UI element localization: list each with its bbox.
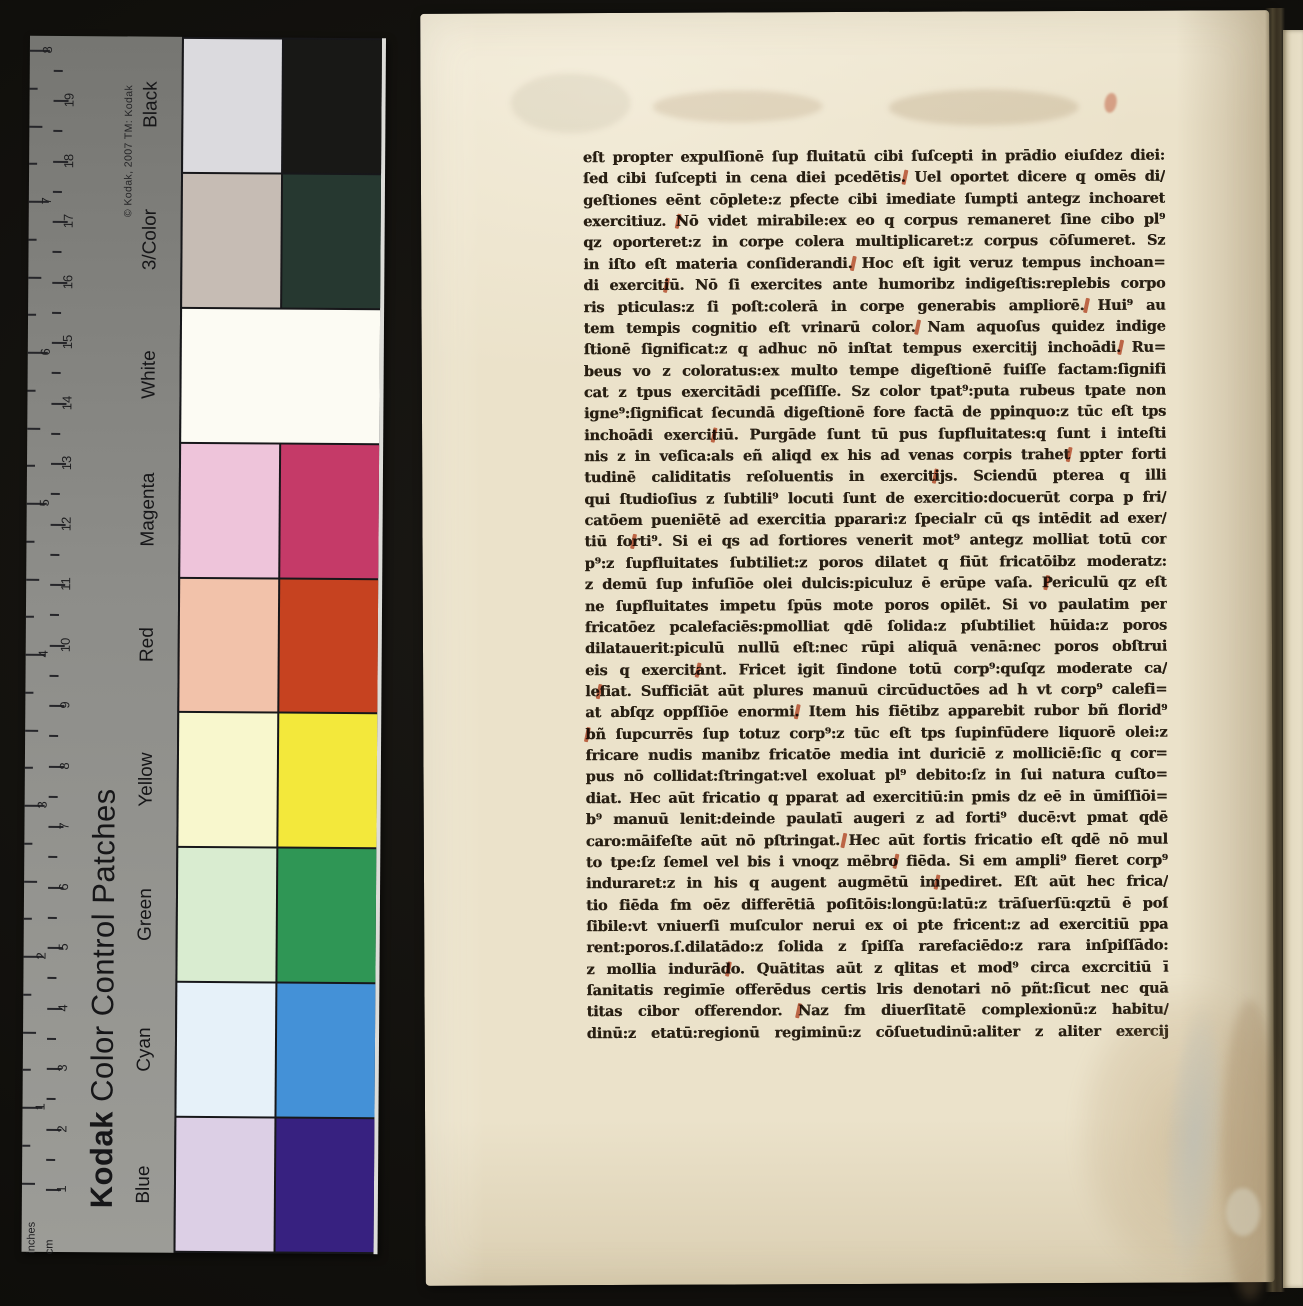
patch-label-blue: Blue	[133, 1130, 156, 1240]
cm-number: 7	[57, 815, 71, 837]
patch-label-white: White	[138, 319, 161, 429]
patch-green-light	[177, 848, 276, 982]
text-line: inchoādi exercitiū. Purgāde ſunt tū pus …	[584, 422, 1166, 446]
adjacent-leaf-edge	[1283, 30, 1303, 1288]
patch-label-yellow: Yellow	[135, 725, 158, 835]
cm-tick	[51, 433, 60, 435]
text-line: to tpe:ſz ſemel vel bis i vnoqz mēbro fi…	[586, 849, 1168, 873]
cm-number: 18	[62, 149, 76, 171]
corner-smudge	[510, 73, 630, 134]
patch-label-green: Green	[134, 860, 157, 970]
inch-tick	[25, 729, 38, 731]
inch-number: 7	[40, 190, 54, 212]
inch-tick	[29, 125, 42, 127]
text-line: p⁹:z ſupfluitates ſubtiliet:z poros dila…	[585, 550, 1167, 574]
cm-number: 13	[60, 452, 74, 474]
cm-tick	[53, 130, 62, 132]
text-line: fricatōez pcalefaciēs:pmolliat qdē ſolid…	[585, 615, 1167, 639]
kodak-color-card: Kodak Color Control Patches © Kodak, 200…	[22, 36, 386, 1254]
text-block: eſt propter expulſionē ſup fluitatū cibi…	[583, 145, 1169, 1048]
cm-number: 12	[60, 512, 74, 534]
patch-black-light	[183, 39, 282, 173]
cm-number: 10	[59, 633, 73, 655]
patch-label-cyan: Cyan	[134, 995, 157, 1105]
inch-tick	[26, 540, 34, 542]
inch-number: 4	[37, 643, 51, 665]
text-line: caro:māifeſte aūt nō pſtringat. Hec aūt …	[586, 828, 1168, 852]
cm-number: 6	[57, 875, 71, 897]
cm-tick	[52, 251, 61, 253]
inch-tick	[24, 880, 37, 882]
cm-tick	[48, 917, 57, 919]
cm-number: 15	[61, 331, 75, 353]
text-line: exercitiuz. Nō videt mirabile:ex eo q co…	[583, 209, 1165, 233]
cm-tick	[49, 796, 58, 798]
inch-tick	[26, 616, 34, 618]
text-line: eis q exercitant. Fricet igit ſindone to…	[585, 657, 1167, 681]
text-line: qz oporteret:z in corpe colera multiplic…	[583, 230, 1165, 254]
inch-tick	[25, 691, 33, 693]
text-line: ne ſupfluitates impetu ſpūs mote poros o…	[585, 593, 1167, 617]
text-line: bñ ſupcurrēs ſup totuz corp⁹:z tūc eſt t…	[585, 721, 1167, 745]
cm-tick	[47, 977, 56, 979]
patch-green-dark	[277, 849, 376, 983]
cm-tick	[50, 554, 59, 556]
cm-tick	[47, 1038, 56, 1040]
patch-white	[181, 309, 380, 443]
patch-3/color-light	[182, 174, 281, 308]
gutter-crease	[1265, 8, 1285, 1292]
patch-blue-dark	[276, 1119, 375, 1253]
inch-tick	[23, 1031, 36, 1033]
text-line: z demū ſup infuſiōe olei dulcis:piculuz …	[585, 572, 1167, 596]
text-line: diat. Hec aūt fricatio q pparat ad exerc…	[586, 785, 1168, 809]
card-brand: Kodak	[84, 1111, 120, 1208]
card-copyright: © Kodak, 2007 TM: Kodak	[122, 59, 136, 243]
cm-tick	[54, 70, 63, 72]
cm-number: 19	[62, 89, 76, 111]
bleedthrough-smudge	[889, 89, 1079, 126]
text-line: nis z in veſica:als eñ aliqd ex his ad v…	[584, 444, 1166, 468]
inch-number: 6	[39, 341, 53, 363]
inch-tick	[30, 88, 38, 90]
patch-label-red: Red	[136, 590, 159, 700]
patch-label-magenta: Magenta	[137, 454, 160, 564]
text-line: tiū forti⁹. Si ei qs ad fortiores veneri…	[584, 529, 1166, 553]
inch-tick	[22, 1182, 35, 1184]
text-line: b⁹ manuū lenit:deinde paulatī augeri z a…	[586, 807, 1168, 831]
cm-tick	[53, 191, 62, 193]
text-line: tio fiēda fm oēz differētiā poſitōis:lon…	[586, 892, 1168, 916]
cm-tick	[51, 493, 60, 495]
text-line: di exercitiū. Nō ſi exercites ante humor…	[583, 273, 1165, 297]
inch-number: 1	[33, 1096, 47, 1118]
inch-tick	[24, 918, 32, 920]
patch-row	[180, 443, 379, 577]
cm-number: 3	[56, 1057, 70, 1079]
patch-yellow-light	[178, 713, 277, 847]
cm-number: 11	[59, 573, 73, 595]
cm-tick	[49, 735, 58, 737]
patch-row	[177, 848, 376, 982]
patch-grid	[174, 37, 386, 1254]
cm-number: 2	[55, 1117, 69, 1139]
cm-tick	[50, 614, 59, 616]
patch-red-dark	[279, 579, 378, 713]
cm-unit-label: cm	[43, 1229, 55, 1265]
patch-row	[182, 174, 381, 308]
patch-row	[183, 39, 382, 173]
red-ink-speck	[1103, 92, 1118, 114]
inch-tick	[28, 314, 36, 316]
inches-unit-label: inches	[25, 1212, 37, 1264]
inch-tick	[28, 389, 36, 391]
cm-tick	[46, 1159, 55, 1161]
inch-number: 3	[36, 794, 50, 816]
text-line: tem tempis cognitio eſt vrinarū color. N…	[584, 315, 1166, 339]
cm-number: 14	[60, 391, 74, 413]
inch-number: 5	[38, 492, 52, 514]
patch-black-dark	[283, 40, 382, 174]
cm-tick	[48, 856, 57, 858]
photographed-book-scene: Kodak Color Control Patches © Kodak, 200…	[0, 0, 1303, 1306]
text-line: fricare nudis manibz fricatōe media int …	[585, 743, 1167, 767]
cm-number: 17	[62, 210, 76, 232]
text-line: catōem pueniētē ad exercitia pparari:z ſ…	[584, 508, 1166, 532]
inch-tick	[29, 163, 37, 165]
text-line: at abſqz oppſſiōe enormi. Item his fiēti…	[585, 700, 1167, 724]
patch-row	[178, 713, 377, 847]
card-title-rest: Color Control Patches	[84, 788, 121, 1111]
text-line: geſtiones eēnt cōplete:z pfecte cibi ime…	[583, 187, 1165, 211]
cm-number: 9	[58, 694, 72, 716]
inch-tick	[25, 767, 33, 769]
patch-row	[179, 578, 378, 712]
card-title: Kodak Color Control Patches	[84, 779, 123, 1217]
text-line: igne⁹:ſignificat ſecundā digeſtionē fore…	[584, 401, 1166, 425]
inch-number: 8	[41, 39, 55, 61]
ruler-strip: Kodak Color Control Patches © Kodak, 200…	[22, 36, 182, 1253]
cm-number: 16	[61, 270, 75, 292]
text-line: dilatauerit:piculū nullū eſt:nec rūpi al…	[585, 636, 1167, 660]
cm-tick	[52, 372, 61, 374]
patch-row	[176, 983, 375, 1117]
patch-magenta-dark	[280, 444, 379, 578]
text-line: lefiat. Sufficiāt aūt plures manuū circū…	[585, 679, 1167, 703]
patch-row	[176, 1118, 375, 1252]
inch-tick	[24, 842, 32, 844]
pale-stain-spot	[1226, 1188, 1260, 1236]
inch-tick	[28, 276, 41, 278]
patch-red-light	[179, 578, 278, 712]
inch-tick	[27, 465, 35, 467]
patch-yellow-dark	[278, 714, 377, 848]
patch-row	[181, 309, 380, 443]
inch-tick	[29, 239, 37, 241]
patch-cyan-dark	[276, 984, 375, 1118]
patch-blue-light	[176, 1118, 275, 1252]
text-line: ſed cibi ſuſcepti in cena diei pcedētis.…	[583, 166, 1165, 190]
patch-cyan-light	[176, 983, 275, 1117]
text-line: tudinē caliditatis reſoluentis in exerci…	[584, 465, 1166, 489]
patch-magenta-light	[180, 443, 279, 577]
cm-number: 8	[58, 754, 72, 776]
text-line: induraret:z in his q augent augmētū impe…	[586, 871, 1168, 895]
patch-label-3/color: 3/Color	[139, 184, 162, 294]
inch-tick	[27, 427, 40, 429]
text-line: eſt propter expulſionē ſup fluitatū cibi…	[583, 145, 1165, 169]
text-line: ris pticulas:z ſi poſt:colerā in corpe g…	[583, 294, 1165, 318]
inch-tick	[23, 993, 31, 995]
patch-label-black: Black	[140, 49, 163, 159]
text-line: ſtionē ſignificat:z q adhuc nō inſtat te…	[584, 337, 1166, 361]
cm-number: 1	[55, 1178, 69, 1200]
text-line: beus vo z coloratus:ex multo tempe digeſ…	[584, 358, 1166, 382]
text-line: pus nō collidat:ſtringat:vel exoluat pl⁹…	[586, 764, 1168, 788]
text-line: qui ſtudioſius z ſubtili⁹ locuti ſunt de…	[584, 486, 1166, 510]
inch-tick	[23, 1069, 31, 1071]
text-line: cat z tpus exercitādi pceſſiſſe. Sz colo…	[584, 380, 1166, 404]
text-lines: eſt propter expulſionē ſup fluitatū cibi…	[583, 145, 1169, 1045]
cm-tick	[47, 1098, 56, 1100]
bleedthrough-smudge	[653, 90, 823, 123]
cm-number: 5	[57, 936, 71, 958]
inch-tick	[26, 578, 39, 580]
cm-tick	[52, 312, 61, 314]
cm-number: 4	[56, 996, 70, 1018]
text-line: in iſto eſt materia conſiderandi. Hoc eſ…	[583, 251, 1165, 275]
inch-number: 2	[35, 945, 49, 967]
cm-tick	[50, 675, 59, 677]
inch-tick	[22, 1144, 30, 1146]
patch-3/color-dark	[282, 174, 381, 308]
